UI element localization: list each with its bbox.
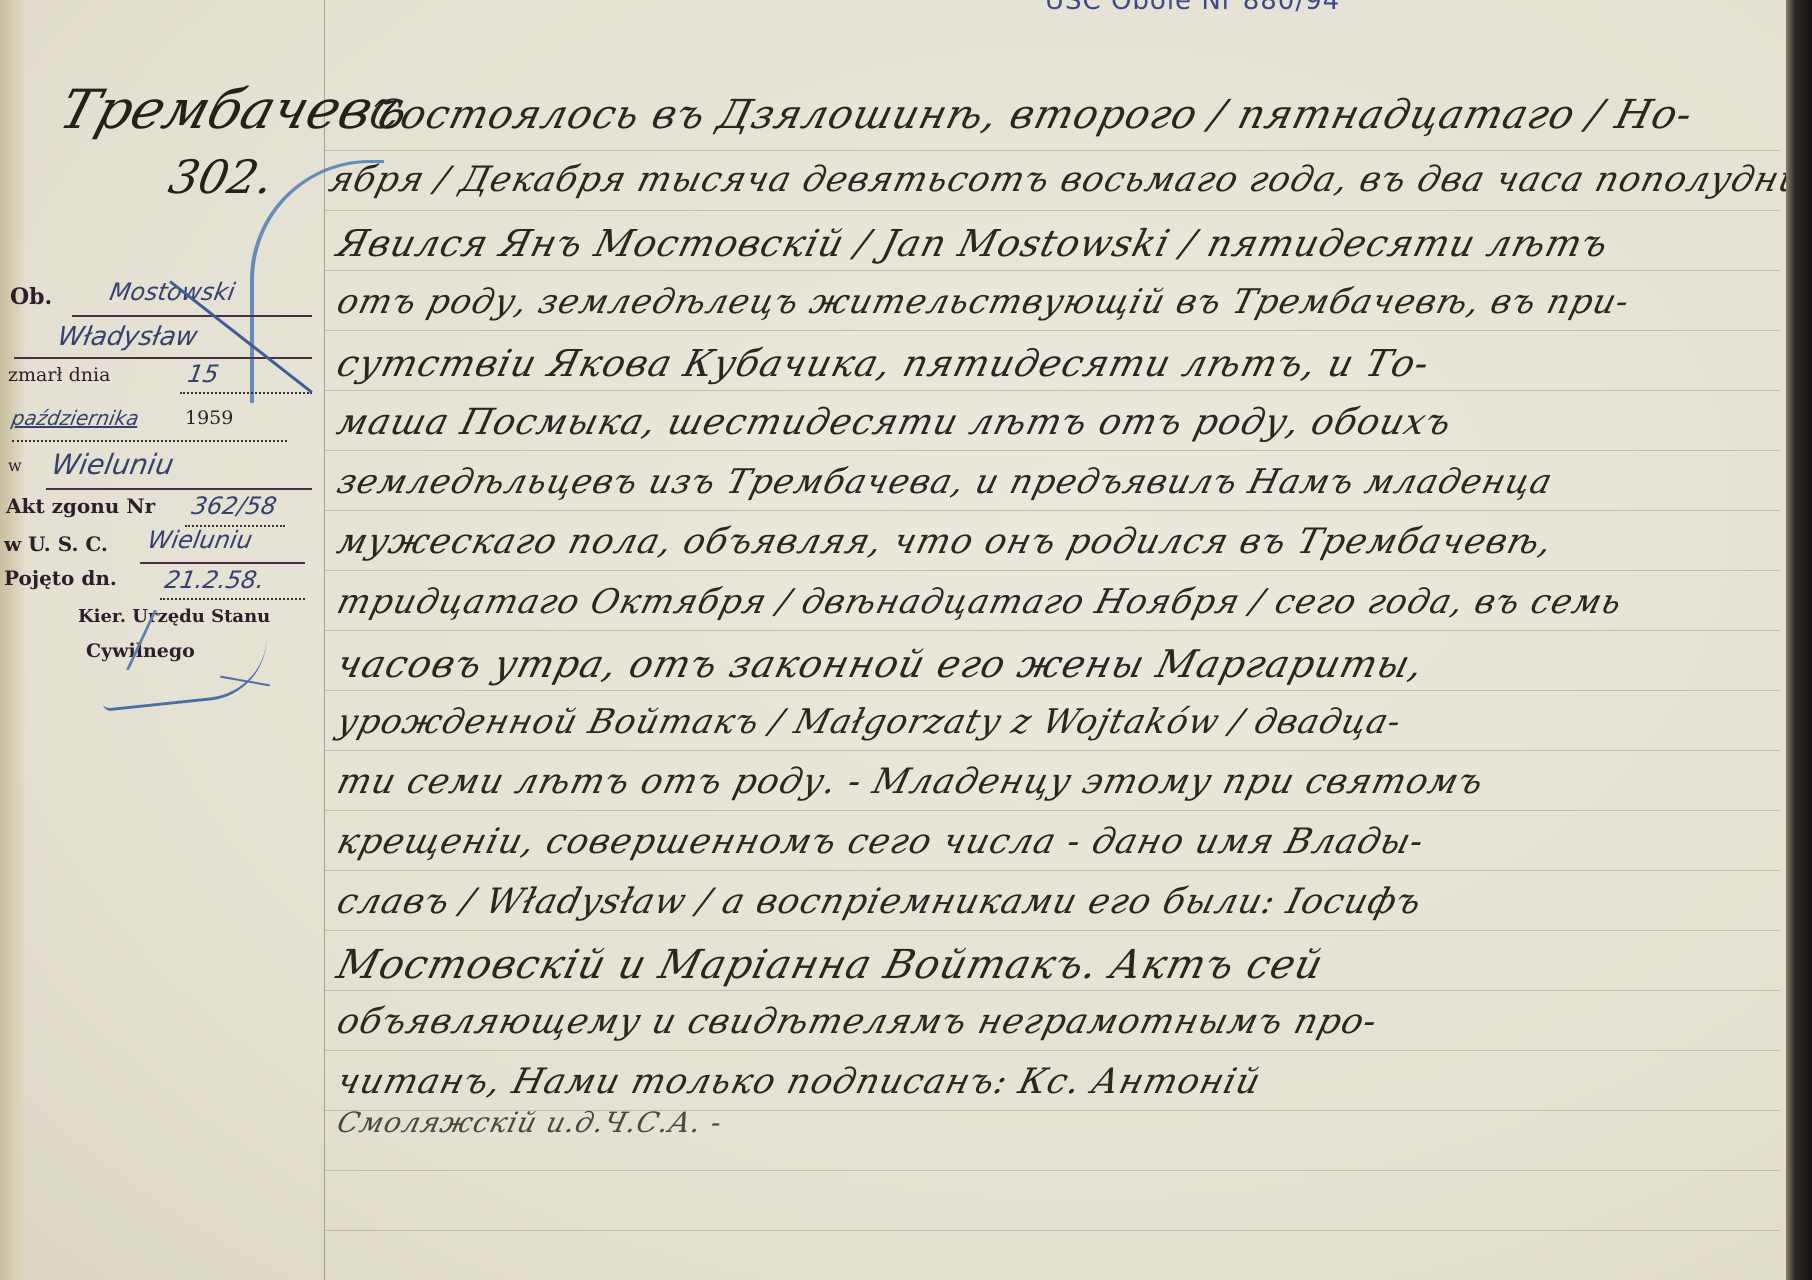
stamp-ob-label: Ob.: [10, 284, 52, 310]
ruled-line: [325, 870, 1780, 871]
body-line-11: урожденной Войтакъ / Małgorzaty z Wojtak…: [333, 702, 1406, 742]
body-line-3: Явился Янъ Мостовскій / Jan Mostowski / …: [333, 222, 1614, 265]
body-line-1: Состоялось въ Дзялошинѣ, второго / пятна…: [364, 92, 1697, 138]
body-line-12: ти семи лѣтъ отъ роду. - Младенцу этому …: [333, 762, 1488, 802]
stamp-received-date: 21.2.58.: [163, 566, 267, 594]
ruled-line: [325, 450, 1780, 451]
body-line-10: часовъ утра, отъ законной его жены Марга…: [333, 642, 1429, 686]
ruled-line: [325, 150, 1780, 151]
scan-right-edge: [1786, 0, 1812, 1280]
village-name-heading: Трембачевъ: [53, 78, 417, 141]
priest-signature: Смоляжскій и.д.Ч.С.А. -: [334, 1106, 726, 1139]
ruled-line: [325, 990, 1780, 991]
body-line-17: читанъ, Нами только подписанъ: Кс. Антон…: [333, 1062, 1265, 1102]
body-line-8: мужескаго пола, объявляя, что онъ родилс…: [333, 522, 1557, 562]
ruled-line: [325, 1230, 1780, 1231]
body-line-5: сутствіи Якова Кубачика, пятидесяти лѣтъ…: [333, 342, 1435, 385]
stamp-place-label: w: [8, 456, 22, 475]
ruled-line: [325, 570, 1780, 571]
ruled-line: [325, 270, 1780, 271]
stamp-usc-label: w U. S. C.: [4, 532, 108, 556]
stamp-death-act-label: Akt zgonu Nr: [6, 494, 155, 518]
stamp-died-year: 1959: [185, 407, 233, 429]
stamp-underline: [46, 488, 312, 490]
ruled-line: [325, 750, 1780, 751]
ruled-line: [325, 210, 1780, 211]
ruled-line: [325, 1050, 1780, 1051]
stamp-dotted-line: [160, 598, 305, 600]
stamp-dotted-line: [180, 392, 312, 394]
body-line-16: объявляющему и свидѣтелямъ неграмотнымъ …: [333, 1002, 1382, 1042]
archive-reference-stamp: USC Obole Nr 880/94: [1045, 0, 1340, 16]
ruled-line: [325, 630, 1780, 631]
binding-shadow: [0, 0, 26, 1280]
body-line-4: отъ роду, земледѣлецъ жительствующій въ …: [333, 282, 1634, 322]
ruled-line: [325, 510, 1780, 511]
ruled-line: [325, 930, 1780, 931]
stamp-given-name: Władysław: [55, 322, 200, 352]
body-line-15: Мостовскій и Маріанна Войтакъ. Актъ сей: [332, 942, 1328, 988]
body-line-9: тридцатаго Октября / двѣнадцатаго Ноября…: [333, 582, 1627, 622]
stamp-underline: [72, 315, 312, 317]
ruled-line: [325, 1170, 1780, 1171]
register-page: USC Obole Nr 880/94 Трембачевъ 302. Ob. …: [0, 0, 1795, 1280]
entry-number: 302.: [164, 150, 278, 204]
body-line-2: ября / Декабря тысяча девятьсотъ восьмаг…: [325, 160, 1812, 200]
stamp-death-act-number: 362/58: [190, 492, 279, 520]
body-line-14: славъ / Władysław / а воспріемниками его…: [333, 882, 1426, 922]
stamp-dotted-line: [12, 440, 287, 442]
stamp-died-month: października: [10, 406, 141, 430]
stamp-died-day: 15: [186, 360, 221, 388]
body-line-13: крещеніи, совершенномъ сего числа - дано…: [333, 822, 1428, 862]
stamp-died-label: zmarł dnia: [8, 364, 110, 386]
stamp-received-label: Pojęto dn.: [4, 566, 117, 590]
ruled-line: [325, 390, 1780, 391]
stamp-usc-place: Wieluniu: [146, 526, 255, 554]
ruled-line: [325, 330, 1780, 331]
body-line-6: маша Посмыка, шестидесяти лѣтъ отъ роду,…: [333, 402, 1456, 443]
ruled-line: [325, 690, 1780, 691]
stamp-underline: [140, 562, 305, 564]
stamp-died-place: Wieluniu: [49, 448, 176, 481]
ruled-line: [325, 810, 1780, 811]
body-line-7: земледѣльцевъ изъ Трембачева, и предъяви…: [333, 462, 1557, 502]
